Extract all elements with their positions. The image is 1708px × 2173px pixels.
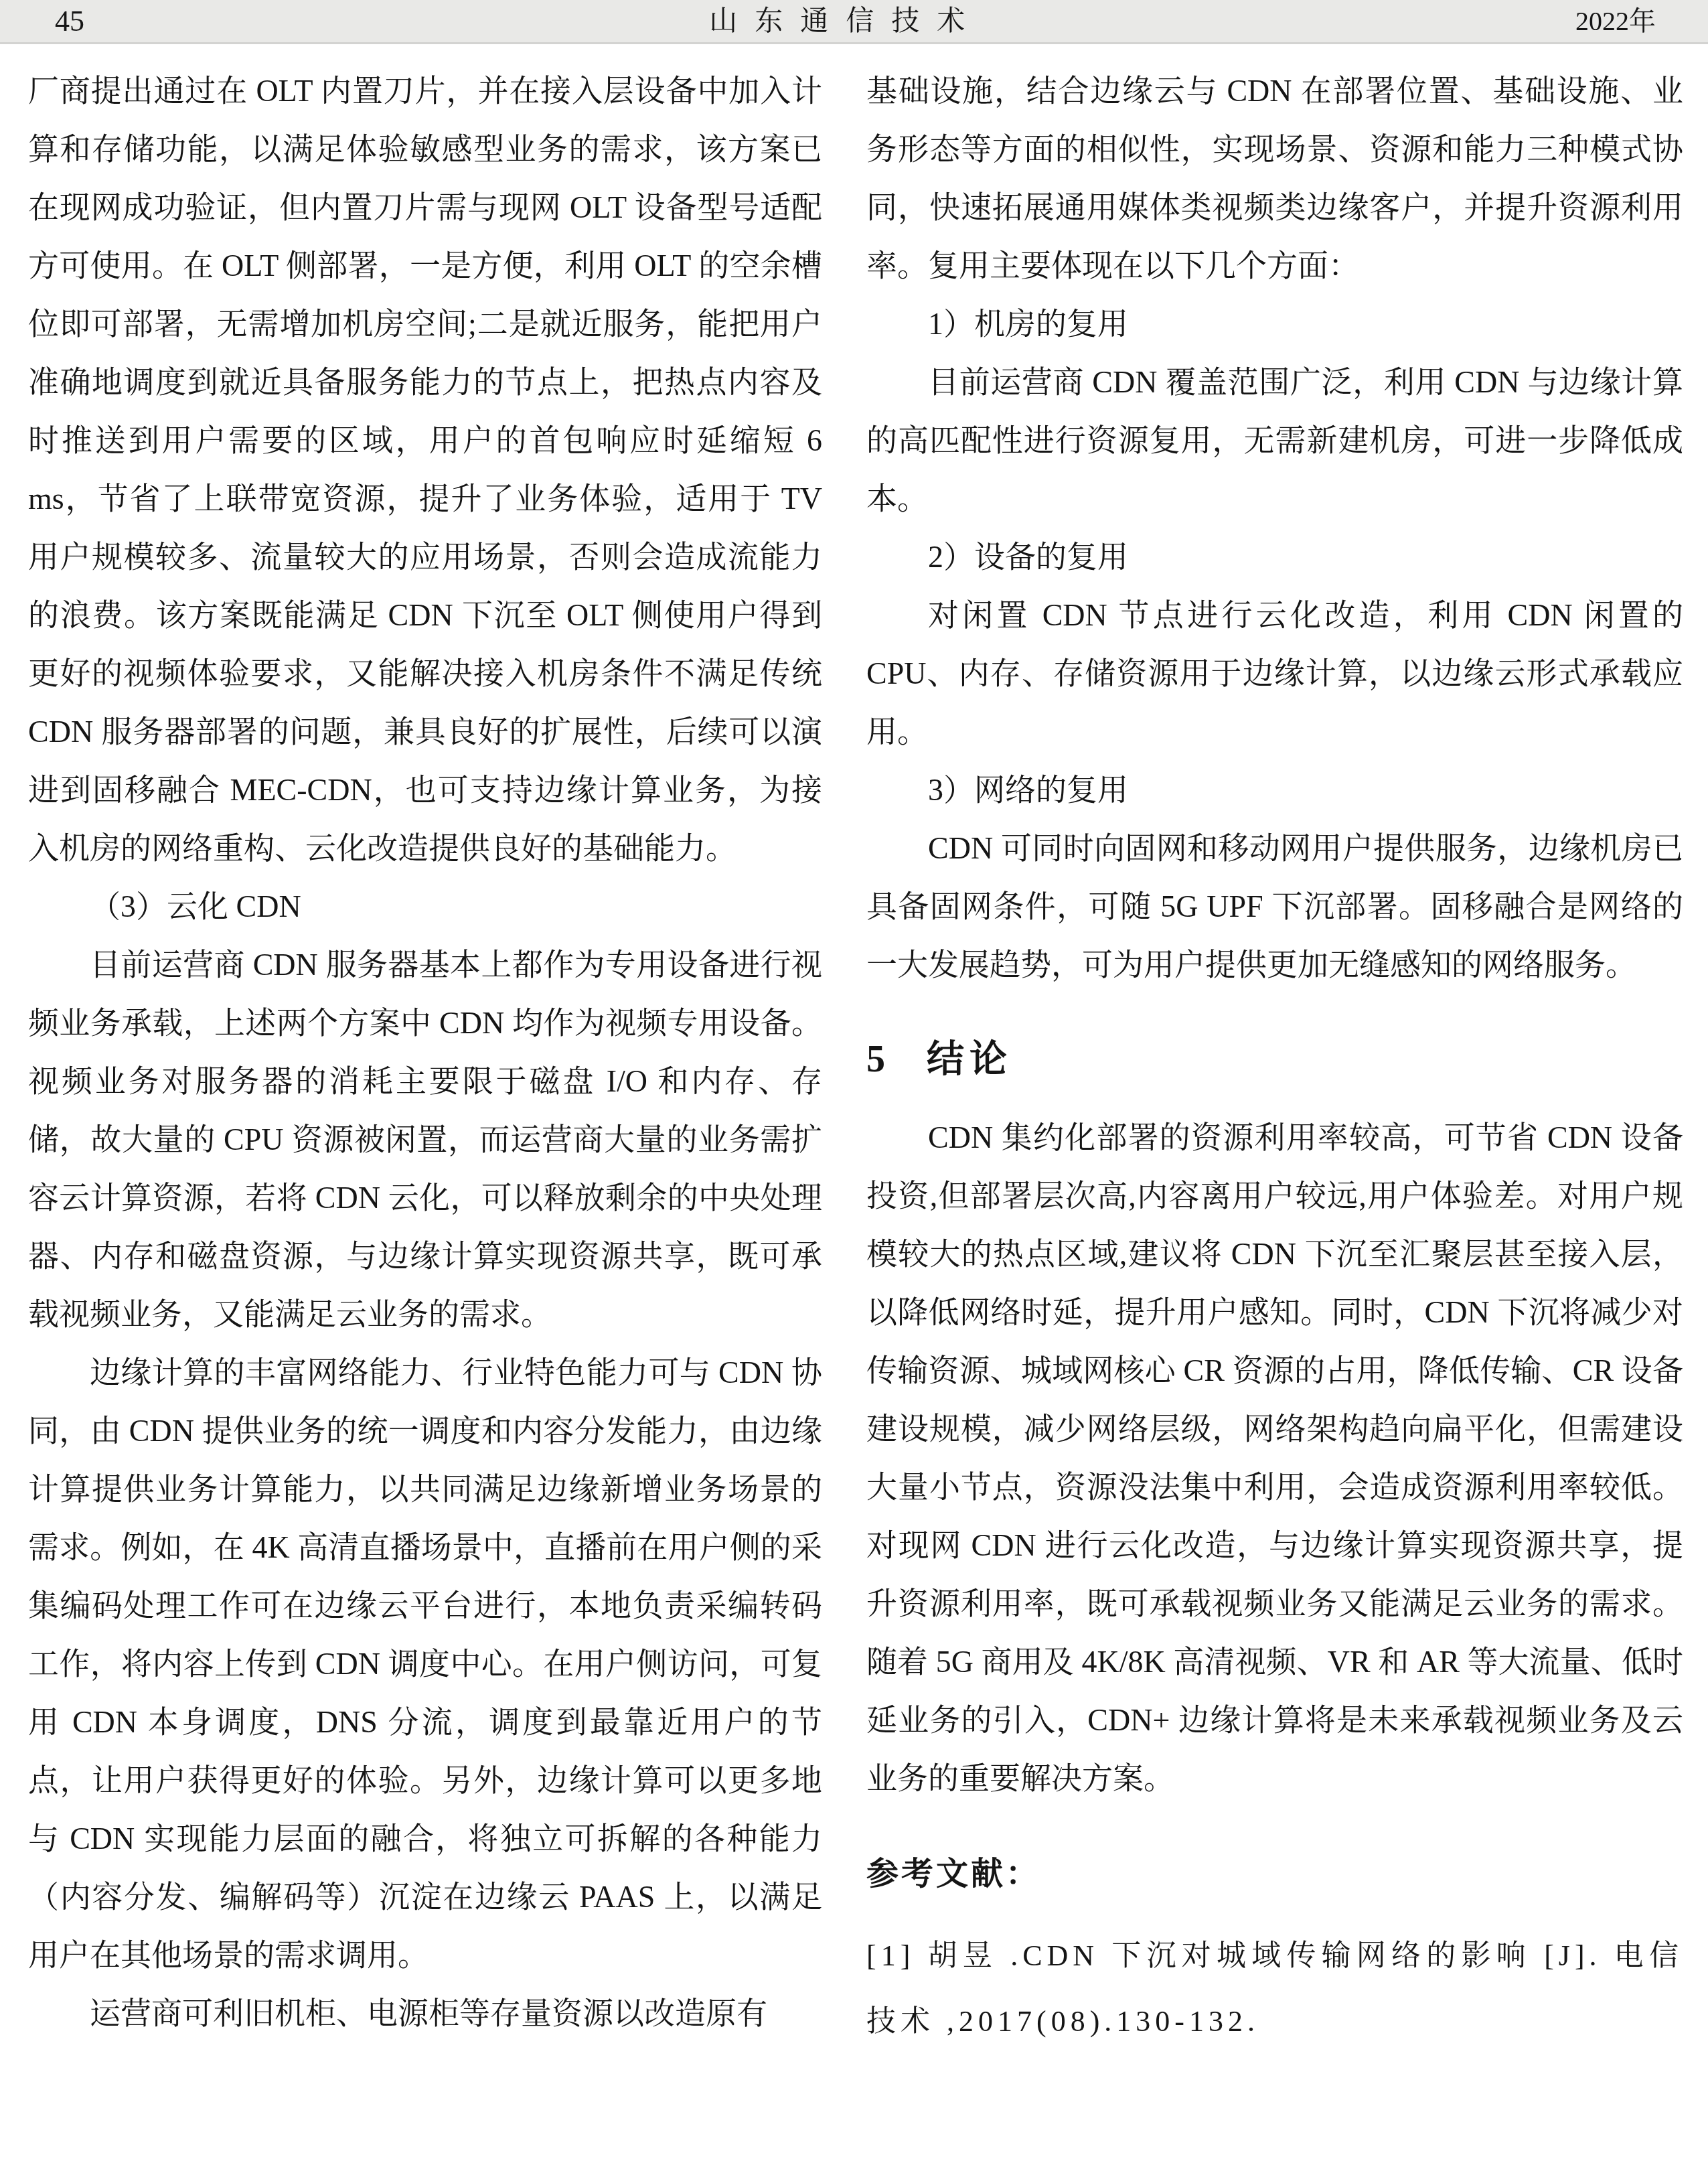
paragraph-continuation: 基础设施，结合边缘云与 CDN 在部署位置、基础设施、业务形态等方面的相似性，实… bbox=[866, 62, 1683, 295]
left-column: 厂商提出通过在 OLT 内置刀片，并在接入层设备中加入计算和存储功能，以满足体验… bbox=[28, 62, 822, 2054]
list-item-heading-2: 2）设备的复用 bbox=[866, 528, 1683, 586]
page-header: 45 山东通信技术 2022年 bbox=[0, 0, 1708, 44]
paragraph: 边缘计算的丰富网络能力、行业特色能力可与 CDN 协同，由 CDN 提供业务的统… bbox=[28, 1343, 822, 1984]
paragraph: 运营商可利旧机柜、电源柜等存量资源以改造原有 bbox=[28, 1984, 822, 2042]
references-heading: 参考文献： bbox=[866, 1845, 1683, 1903]
journal-title: 山东通信技术 bbox=[709, 7, 982, 35]
paragraph: 目前运营商 CDN 覆盖范围广泛，利用 CDN 与边缘计算的高匹配性进行资源复用… bbox=[866, 353, 1683, 528]
list-item-heading-1: 1）机房的复用 bbox=[866, 295, 1683, 353]
subsection-label-cloud-cdn: （3）云化 CDN bbox=[28, 877, 822, 935]
conclusion-section-heading: 5 结论 bbox=[866, 1029, 1683, 1090]
conclusion-paragraph: CDN 集约化部署的资源利用率较高，可节省 CDN 设备投资,但部署层次高,内容… bbox=[866, 1108, 1683, 1807]
paragraph: 目前运营商 CDN 服务器基本上都作为专用设备进行视频业务承载，上述两个方案中 … bbox=[28, 935, 822, 1343]
paragraph-continuation: 厂商提出通过在 OLT 内置刀片，并在接入层设备中加入计算和存储功能，以满足体验… bbox=[28, 62, 822, 877]
reference-item: [1] 胡昱 .CDN 下沉对城域传输网络的影响 [J]. 电信技术 ,2017… bbox=[866, 1923, 1683, 2054]
list-item-heading-3: 3）网络的复用 bbox=[866, 761, 1683, 819]
issue-year: 2022年 bbox=[1575, 8, 1656, 35]
journal-page: 45 山东通信技术 2022年 厂商提出通过在 OLT 内置刀片，并在接入层设备… bbox=[0, 0, 1708, 2173]
page-number: 45 bbox=[55, 7, 84, 36]
article-body: 厂商提出通过在 OLT 内置刀片，并在接入层设备中加入计算和存储功能，以满足体验… bbox=[0, 62, 1708, 2054]
section-number: 5 bbox=[866, 1029, 885, 1090]
paragraph: 对闲置 CDN 节点进行云化改造，利用 CDN 闲置的 CPU、内存、存储资源用… bbox=[866, 586, 1683, 761]
paragraph: CDN 可同时向固网和移动网用户提供服务，边缘机房已具备固网条件，可随 5G U… bbox=[866, 819, 1683, 994]
right-column: 基础设施，结合边缘云与 CDN 在部署位置、基础设施、业务形态等方面的相似性，实… bbox=[866, 62, 1683, 2054]
section-title: 结论 bbox=[927, 1029, 1012, 1089]
